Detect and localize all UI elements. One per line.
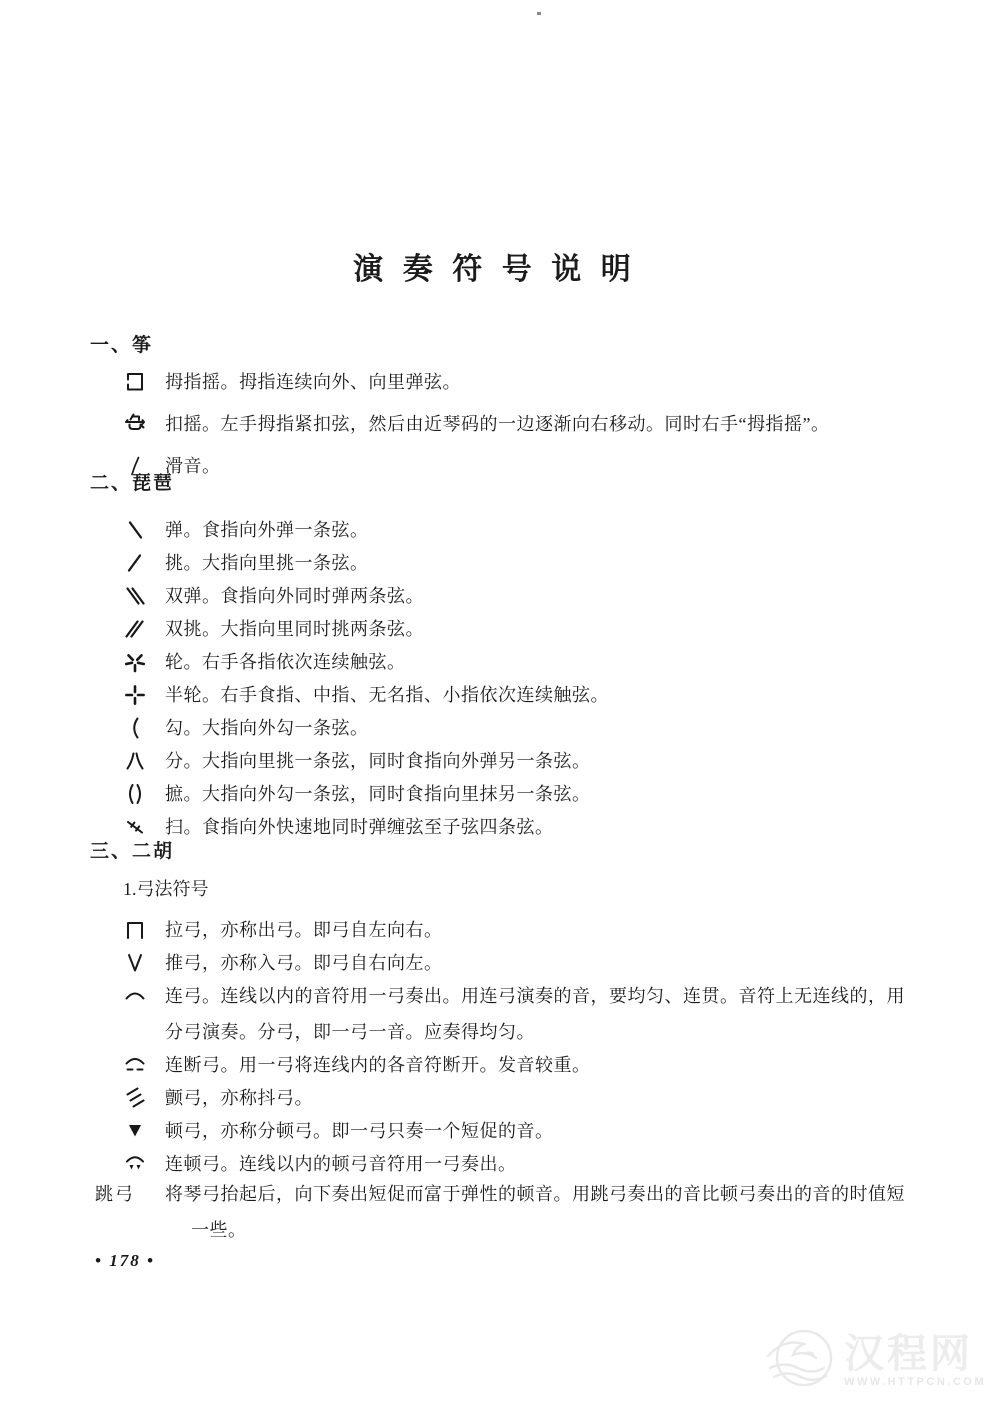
symbol-row: 颤弓，亦称抖弓。 — [90, 1080, 906, 1116]
symbol-row: 弹。食指向外弹一条弦。 — [90, 512, 906, 548]
half-wheel-cross-icon — [123, 677, 165, 707]
symbol-row: 拇指摇。拇指连续向外、向里弹弦。 — [90, 364, 906, 400]
slash-icon — [123, 545, 165, 575]
symbol-description: 挑。大指向里挑一条弦。 — [165, 545, 906, 581]
symbol-row: 推弓，亦称入弓。即弓自右向左。 — [90, 945, 906, 981]
sweep-hash-icon — [123, 809, 165, 839]
page-title: 演 奏 符 号 说 明 — [0, 0, 990, 290]
symbol-description: 顿弓，亦称分顿弓。即一弓只奏一个短促的音。 — [165, 1113, 906, 1149]
symbol-description: 颤弓，亦称抖弓。 — [165, 1080, 906, 1116]
symbol-row: 顿弓，亦称分顿弓。即一弓只奏一个短促的音。 — [90, 1113, 906, 1149]
symbol-row: 双弹。食指向外同时弹两条弦。 — [90, 578, 906, 614]
symbol-row: 半轮。右手食指、中指、无名指、小指依次连续触弦。 — [90, 677, 906, 713]
httpcn-logo-icon — [758, 1320, 842, 1401]
double-slash-icon — [123, 611, 165, 641]
watermark-site-name: 汉程网 — [844, 1333, 973, 1375]
symbol-row: 分。大指向里挑一条弦，同时食指向外弹另一条弦。 — [90, 743, 906, 779]
symbol-description: 轮。右手各指依次连续触弦。 — [165, 644, 906, 680]
document-page: 演 奏 符 号 说 明 一、筝 拇指摇。拇指连续向外、向里弹弦。 — [0, 0, 990, 1409]
split-strokes-icon — [123, 743, 165, 773]
paren-pair-icon — [123, 776, 165, 806]
jump-bow-label: 跳弓 — [95, 1176, 165, 1212]
watermark-text: 汉程网 WWW.HTTPCN.COM — [844, 1333, 986, 1389]
symbol-row: 双挑。大指向里同时挑两条弦。 — [90, 611, 906, 647]
scan-speck — [537, 12, 541, 15]
symbol-row: 挑。大指向里挑一条弦。 — [90, 545, 906, 581]
press-roll-icon — [123, 406, 165, 436]
symbol-row: 扫。食指向外快速地同时弹缠弦至子弦四条弦。 — [90, 809, 906, 845]
symbol-row: 扣摇。左手拇指紧扣弦，然后由近琴码的一边逐渐向右移动。同时右手“拇指摇”。 — [90, 406, 906, 442]
symbol-description: 分。大指向里挑一条弦，同时食指向外弹另一条弦。 — [165, 743, 906, 779]
symbol-description: 连弓。连线以内的音符用一弓奏出。用连弓演奏的音，要均匀、连贯。音符上无连线的，用… — [165, 978, 906, 1050]
watermark: 汉程网 WWW.HTTPCN.COM — [758, 1320, 986, 1401]
symbol-row: 连断弓。用一弓将连线内的各音符断开。发音较重。 — [90, 1047, 906, 1083]
symbol-description: 半轮。右手食指、中指、无名指、小指依次连续触弦。 — [165, 677, 906, 713]
slur-dashes-icon — [123, 1047, 165, 1077]
slurred-staccato-icon — [123, 1146, 165, 1176]
symbol-description: 将琴弓抬起后，向下奏出短促而富于弹性的顿音。用跳弓奏出的音比顿弓奏出的音的时值短… — [165, 1176, 906, 1248]
section-pipa: 二、琵琶 弹。食指向外弹一条弦。 挑。大指向里挑一条弦。 双弹。食指向外同时弹两… — [90, 472, 906, 845]
symbol-description: 推弓，亦称入弓。即弓自右向左。 — [165, 945, 906, 981]
section-heading-zheng: 一、筝 — [90, 334, 906, 358]
section-zheng: 一、筝 拇指摇。拇指连续向外、向里弹弦。 扣摇。左手拇指紧扣弦，然后由近琴码的一 — [90, 334, 906, 484]
staccato-triangle-icon — [123, 1113, 165, 1143]
symbol-description: 双挑。大指向里同时挑两条弦。 — [165, 611, 906, 647]
subsection-heading-bowing: 1.弓法符号 — [123, 877, 906, 901]
symbol-description: 摭。大指向外勾一条弦，同时食指向里抹另一条弦。 — [165, 776, 906, 812]
page-number: • 178 • — [5, 1251, 990, 1271]
section-erhu: 三、二胡 1.弓法符号 拉弓，亦称出弓。即弓自左向右。 推弓，亦称入弓。即弓自右… — [90, 840, 906, 1248]
symbol-description: 弹。食指向外弹一条弦。 — [165, 512, 906, 548]
symbol-row: 滑音。 — [90, 448, 906, 484]
symbol-description: 双弹。食指向外同时弹两条弦。 — [165, 578, 906, 614]
open-paren-icon — [123, 710, 165, 740]
up-bow-icon — [123, 945, 165, 975]
tremolo-strokes-icon — [123, 1080, 165, 1110]
backslash-icon — [123, 512, 165, 542]
symbol-row: 摭。大指向外勾一条弦，同时食指向里抹另一条弦。 — [90, 776, 906, 812]
symbol-row: 勾。大指向外勾一条弦。 — [90, 710, 906, 746]
symbol-description: 拉弓，亦称出弓。即弓自左向右。 — [165, 912, 906, 948]
symbol-row: 拉弓，亦称出弓。即弓自左向右。 — [90, 912, 906, 948]
symbol-description: 扣摇。左手拇指紧扣弦，然后由近琴码的一边逐渐向右移动。同时右手“拇指摇”。 — [165, 406, 906, 442]
symbol-description: 勾。大指向外勾一条弦。 — [165, 710, 906, 746]
symbol-description: 滑音。 — [165, 448, 906, 484]
symbol-row: 连弓。连线以内的音符用一弓奏出。用连弓演奏的音，要均匀、连贯。音符上无连线的，用… — [90, 978, 906, 1050]
symbol-description: 扫。食指向外快速地同时弹缠弦至子弦四条弦。 — [165, 809, 906, 845]
wheel-asterisk-icon — [123, 644, 165, 674]
symbol-description: 连断弓。用一弓将连线内的各音符断开。发音较重。 — [165, 1047, 906, 1083]
double-backslash-icon — [123, 578, 165, 608]
symbol-description: 拇指摇。拇指连续向外、向里弹弦。 — [165, 364, 906, 400]
watermark-site-url: WWW.HTTPCN.COM — [844, 1375, 986, 1389]
symbol-row: 跳弓 将琴弓抬起后，向下奏出短促而富于弹性的顿音。用跳弓奏出的音比顿弓奏出的音的… — [90, 1176, 906, 1248]
thumb-roll-bracket-icon — [123, 364, 165, 394]
slur-arc-icon — [123, 978, 165, 1008]
symbol-row: 轮。右手各指依次连续触弦。 — [90, 644, 906, 680]
down-bow-icon — [123, 912, 165, 942]
